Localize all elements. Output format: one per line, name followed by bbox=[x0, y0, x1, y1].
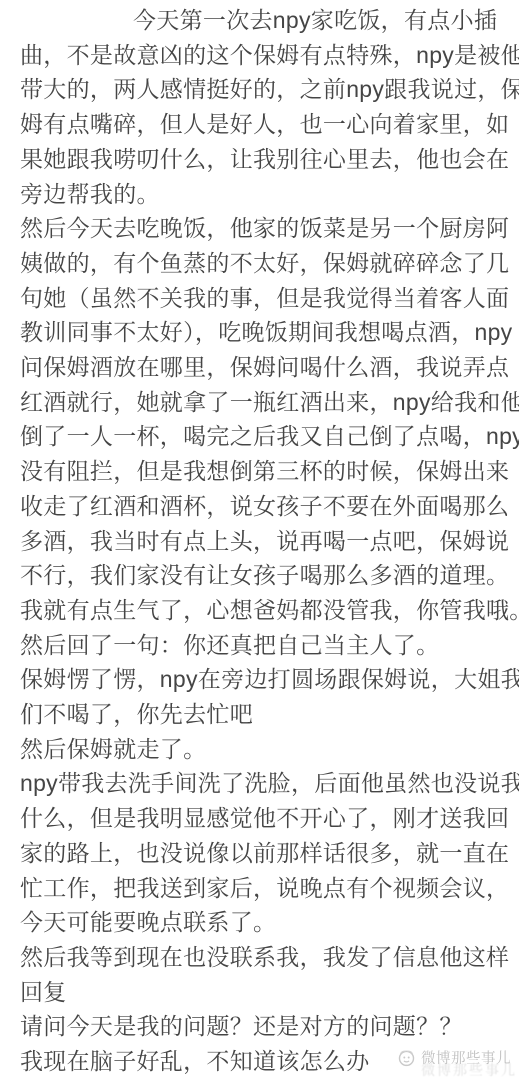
text-line: 带大的，两人感情挺好的，之前npy跟我说过，保 bbox=[20, 72, 505, 107]
post-text: 今天第一次去npy家吃饭，有点小插曲，不是故意凶的这个保姆有点特殊，npy是被他… bbox=[20, 3, 505, 1079]
text-line: 教训同事不太好），吃晚饭期间我想喝点酒，npy bbox=[20, 315, 505, 350]
text-line: 们不喝了，你先去忙吧 bbox=[20, 697, 505, 732]
watermark-text: 微博那些事儿 bbox=[421, 1047, 511, 1068]
text-line: 倒了一人一杯，喝完之后我又自己倒了点喝，npy bbox=[20, 419, 505, 454]
text-line: 今天可能要晚点联系了。 bbox=[20, 905, 505, 940]
text-line: 然后我等到现在也没联系我，我发了信息他这样 bbox=[20, 940, 505, 975]
text-line: 姨做的，有个鱼蒸的不太好，保姆就碎碎念了几 bbox=[20, 246, 505, 281]
text-line: 旁边帮我的。 bbox=[20, 177, 505, 212]
text-line: 然后回了一句：你还真把自己当主人了。 bbox=[20, 628, 505, 663]
text-line: 家的路上，也没说像以前那样话很多，就一直在 bbox=[20, 836, 505, 871]
text-line: 然后今天去吃晚饭，他家的饭菜是另一个厨房阿 bbox=[20, 211, 505, 246]
text-line: 回复 bbox=[20, 975, 505, 1010]
text-line: 请问今天是我的问题？还是对方的问题？？ bbox=[20, 1009, 505, 1044]
text-line: 我就有点生气了，心想爸妈都没管我，你管我哦。 bbox=[20, 593, 505, 628]
text-line: 什么，但是我明显感觉他不开心了，刚才送我回 bbox=[20, 801, 505, 836]
text-line: 保姆愣了愣，npy在旁边打圆场跟保姆说，大姐我 bbox=[20, 662, 505, 697]
text-line: 忙工作，把我送到家后，说晚点有个视频会议， bbox=[20, 871, 505, 906]
text-line: 多酒，我当时有点上头，说再喝一点吧，保姆说 bbox=[20, 524, 505, 559]
text-line: 不行，我们家没有让女孩子喝那么多酒的道理。 bbox=[20, 558, 505, 593]
post-screenshot: 今天第一次去npy家吃饭，有点小插曲，不是故意凶的这个保姆有点特殊，npy是被他… bbox=[0, 0, 519, 1080]
mascot-logo-icon bbox=[396, 1047, 417, 1068]
text-line: 今天第一次去npy家吃饭，有点小插 bbox=[20, 3, 505, 38]
text-line: 句她（虽然不关我的事，但是我觉得当着客人面 bbox=[20, 281, 505, 316]
text-line: npy带我去洗手间洗了洗脸，后面他虽然也没说我 bbox=[20, 766, 505, 801]
watermark: 微博那些事儿 bbox=[396, 1047, 511, 1068]
text-line: 姆有点嘴碎，但人是好人，也一心向着家里，如 bbox=[20, 107, 505, 142]
text-line: 问保姆酒放在哪里，保姆问喝什么酒，我说弄点 bbox=[20, 350, 505, 385]
text-line: 没有阻拦，但是我想倒第三杯的时候，保姆出来 bbox=[20, 454, 505, 489]
text-line: 果她跟我唠叨什么，让我别往心里去，他也会在 bbox=[20, 142, 505, 177]
text-line: 红酒就行，她就拿了一瓶红酒出来，npy给我和他 bbox=[20, 385, 505, 420]
text-line: 收走了红酒和酒杯，说女孩子不要在外面喝那么 bbox=[20, 489, 505, 524]
text-line: 然后保姆就走了。 bbox=[20, 732, 505, 767]
text-line: 曲，不是故意凶的这个保姆有点特殊，npy是被他 bbox=[20, 38, 505, 73]
